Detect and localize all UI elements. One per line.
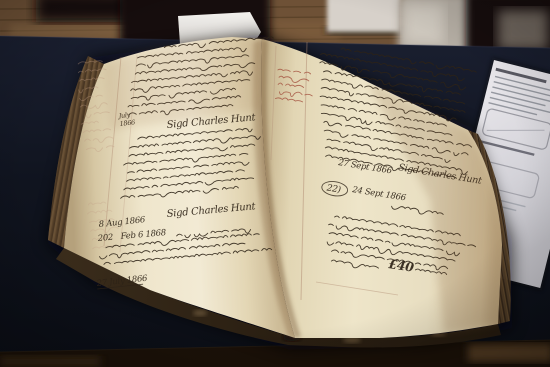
- scene-svg: Sigd Charles Hunt July 1866 Sigd Charles…: [0, 0, 550, 367]
- vignette-overlay: [0, 0, 550, 367]
- photo-of-open-ledger: Sigd Charles Hunt July 1866 Sigd Charles…: [0, 0, 550, 367]
